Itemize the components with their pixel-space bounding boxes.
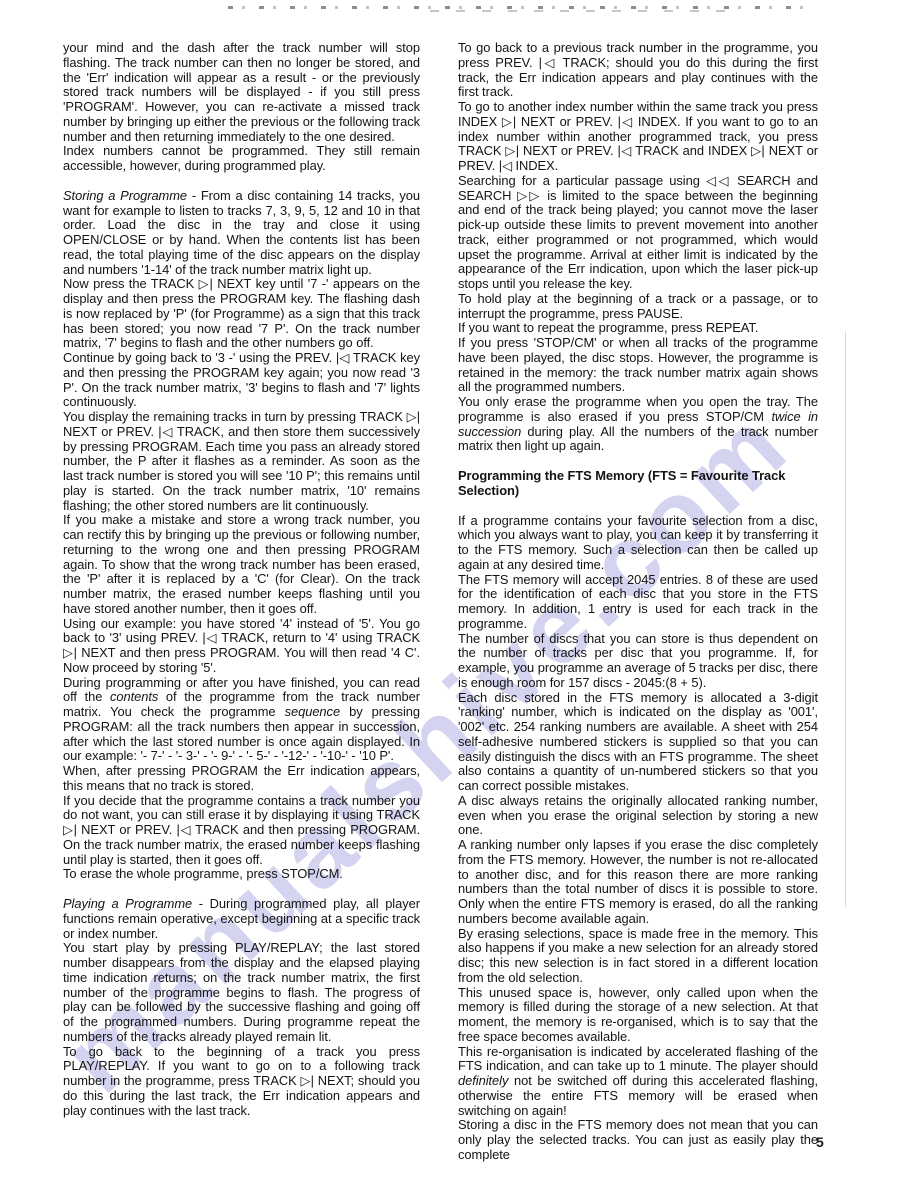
section-lead: Playing a Programme: [63, 896, 192, 911]
left-column: your mind and the dash after the track n…: [63, 41, 420, 1118]
paragraph: Using our example: you have stored '4' i…: [63, 617, 420, 676]
scan-artifact-top-edge-2: [430, 10, 730, 12]
paragraph: By erasing selections, space is made fre…: [458, 927, 818, 986]
section-lead: Storing a Programme: [63, 188, 187, 203]
paragraph: Continue by going back to '3 -' using th…: [63, 351, 420, 410]
paragraph: Now press the TRACK ▷| NEXT key until '7…: [63, 277, 420, 351]
paragraph: The FTS memory will accept 2045 entries.…: [458, 573, 818, 632]
paragraph: During programming or after you have fin…: [63, 676, 420, 765]
paragraph: A ranking number only lapses if you eras…: [458, 838, 818, 927]
paragraph: If you decide that the programme contain…: [63, 794, 420, 868]
page-number: 5: [816, 1134, 824, 1150]
section-playing-a-programme: Playing a Programme - During programmed …: [63, 897, 420, 941]
paragraph: If you want to repeat the programme, pre…: [458, 321, 818, 336]
paragraph: To go to another index number within the…: [458, 100, 818, 174]
paragraph: If a programme contains your favourite s…: [458, 514, 818, 573]
paragraph: If you make a mistake and store a wrong …: [63, 513, 420, 616]
italic-word: sequence: [285, 704, 341, 719]
manual-page: manualshive.com your mind and the dash a…: [0, 0, 918, 1188]
italic-word: contents: [110, 689, 158, 704]
scan-artifact-top-edge: [228, 6, 813, 9]
paragraph: A disc always retains the originally all…: [458, 794, 818, 838]
paragraph: Each disc stored in the FTS memory is al…: [458, 691, 818, 794]
paragraph: The number of discs that you can store i…: [458, 632, 818, 691]
paragraph: To hold play at the beginning of a track…: [458, 292, 818, 322]
paragraph: If you press 'STOP/CM' or when all track…: [458, 336, 818, 395]
fts-memory-heading: Programming the FTS Memory (FTS = Favour…: [458, 469, 818, 499]
paragraph: This unused space is, however, only call…: [458, 986, 818, 1045]
paragraph: To erase the whole programme, press STOP…: [63, 867, 420, 882]
right-column: To go back to a previous track number in…: [458, 41, 818, 1163]
section-storing-a-programme: Storing a Programme - From a disc contai…: [63, 189, 420, 278]
paragraph: To go back to the beginning of a track y…: [63, 1045, 420, 1119]
paragraph: Searching for a particular passage using…: [458, 174, 818, 292]
italic-word: definitely: [458, 1073, 508, 1088]
paragraph: Storing a disc in the FTS memory does no…: [458, 1118, 818, 1162]
paragraph: This re-organisation is indicated by acc…: [458, 1045, 818, 1119]
paragraph: Index numbers cannot be programmed. They…: [63, 144, 420, 174]
paragraph: To go back to a previous track number in…: [458, 41, 818, 100]
paragraph: You only erase the programme when you op…: [458, 395, 818, 454]
scan-artifact-right-line: [845, 332, 846, 907]
paragraph: When, after pressing PROGRAM the Err ind…: [63, 764, 420, 794]
paragraph: You display the remaining tracks in turn…: [63, 410, 420, 513]
paragraph: You start play by pressing PLAY/REPLAY; …: [63, 941, 420, 1044]
paragraph: your mind and the dash after the track n…: [63, 41, 420, 144]
